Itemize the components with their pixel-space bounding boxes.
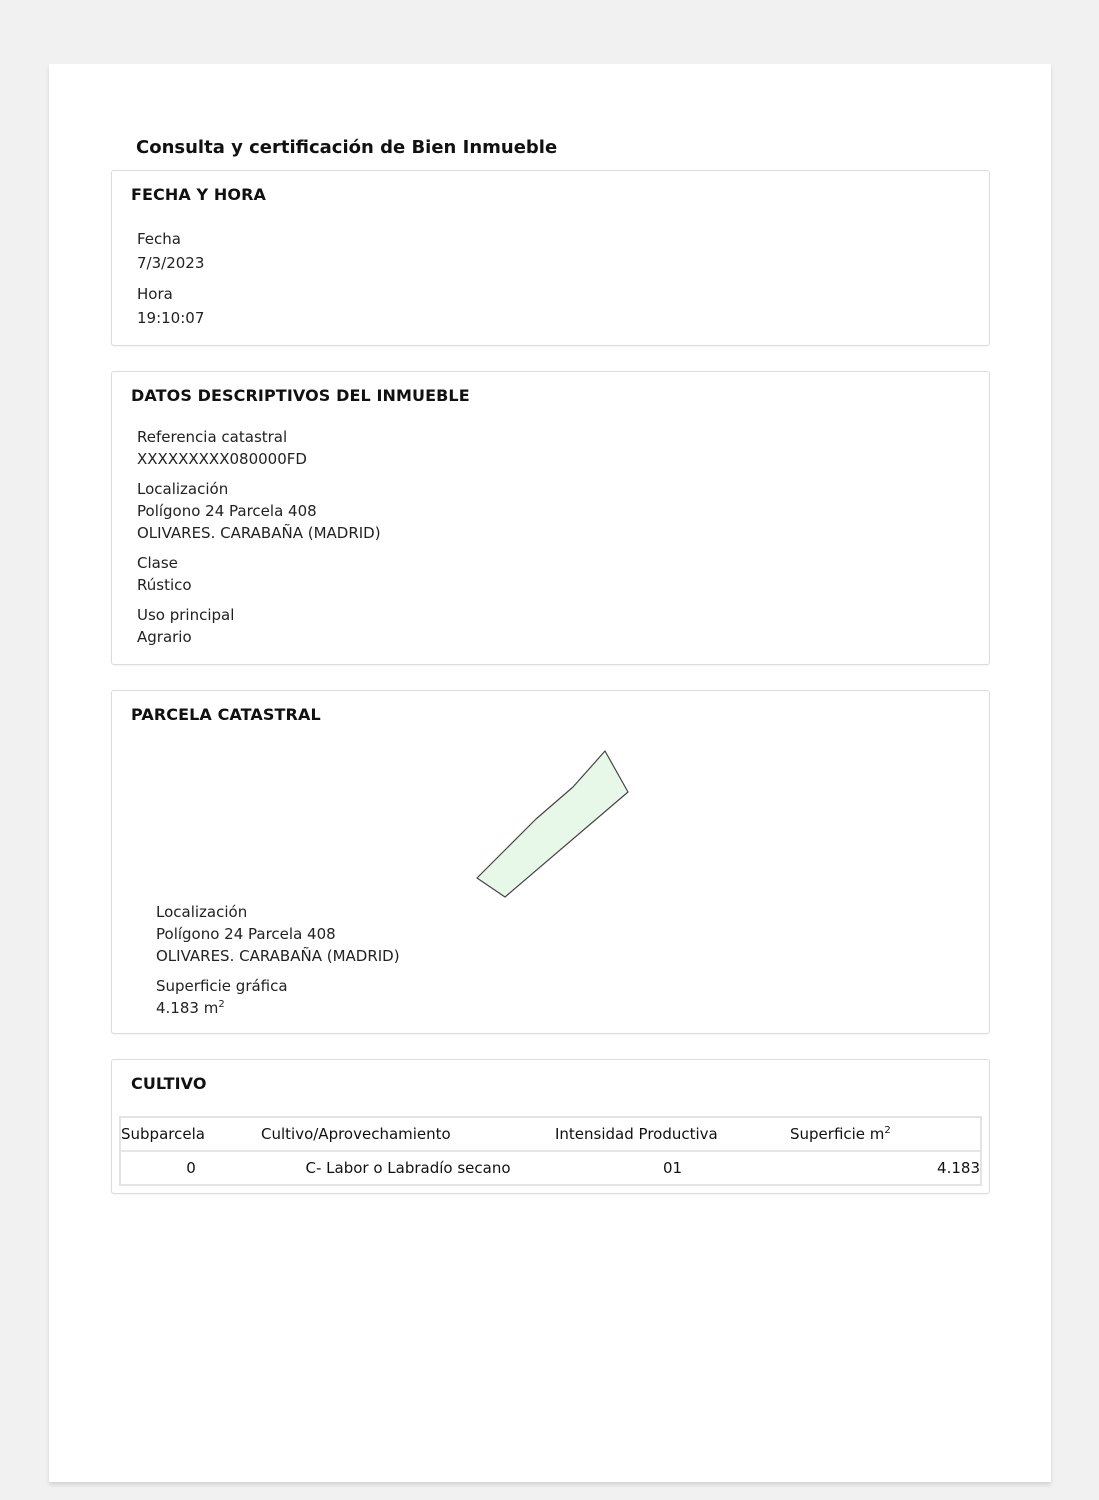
hora-label: Hora bbox=[137, 283, 204, 307]
clase-value: Rústico bbox=[137, 574, 381, 596]
subparcela-cell: 0 bbox=[121, 1152, 261, 1184]
section-heading: DATOS DESCRIPTIVOS DEL INMUEBLE bbox=[131, 386, 470, 405]
superficie-value: 4.183 m2 bbox=[156, 997, 400, 1019]
parcela-catastral-panel: PARCELA CATASTRAL Localización Polígono … bbox=[111, 690, 990, 1034]
column-header: Subparcela bbox=[121, 1118, 261, 1152]
datos-descriptivos-panel: DATOS DESCRIPTIVOS DEL INMUEBLE Referenc… bbox=[111, 371, 990, 665]
column-header: Superficie m2 bbox=[790, 1118, 980, 1152]
page-title: Consulta y certificación de Bien Inmuebl… bbox=[136, 137, 557, 158]
superficie-cell: 4.183 bbox=[790, 1152, 980, 1184]
intensidad-cell: 01 bbox=[555, 1152, 790, 1184]
localizacion-line1: Polígono 24 Parcela 408 bbox=[137, 500, 381, 522]
referencia-label: Referencia catastral bbox=[137, 426, 381, 448]
fecha-hora-panel: FECHA Y HORA Fecha 7/3/2023 Hora 19:10:0… bbox=[111, 170, 990, 346]
referencia-value: XXXXXXXXX080000FD bbox=[137, 448, 381, 470]
fecha-label: Fecha bbox=[137, 228, 204, 252]
table-header-row: Subparcela Cultivo/Aprovechamiento Inten… bbox=[121, 1118, 980, 1152]
cultivo-table: Subparcela Cultivo/Aprovechamiento Inten… bbox=[119, 1116, 982, 1186]
column-header: Cultivo/Aprovechamiento bbox=[261, 1118, 555, 1152]
parcel-polygon-icon bbox=[477, 751, 628, 897]
hora-value: 19:10:07 bbox=[137, 307, 204, 331]
column-header: Intensidad Productiva bbox=[555, 1118, 790, 1152]
cultivo-panel: CULTIVO Subparcela Cultivo/Aprovechamien… bbox=[111, 1059, 990, 1194]
document-page: Consulta y certificación de Bien Inmuebl… bbox=[49, 64, 1051, 1482]
cultivo-cell: C- Labor o Labradío secano bbox=[261, 1152, 555, 1184]
superficie-label: Superficie gráfica bbox=[156, 975, 400, 997]
localizacion-line2: OLIVARES. CARABAÑA (MADRID) bbox=[137, 522, 381, 544]
localizacion-label: Localización bbox=[137, 478, 381, 500]
section-heading: PARCELA CATASTRAL bbox=[131, 705, 321, 724]
table-row: 0 C- Labor o Labradío secano 01 4.183 bbox=[121, 1152, 980, 1184]
parcel-map bbox=[452, 741, 652, 911]
clase-label: Clase bbox=[137, 552, 381, 574]
localizacion-label: Localización bbox=[156, 901, 400, 923]
section-heading: CULTIVO bbox=[131, 1074, 207, 1093]
uso-label: Uso principal bbox=[137, 604, 381, 626]
section-heading: FECHA Y HORA bbox=[131, 185, 266, 204]
localizacion-line1: Polígono 24 Parcela 408 bbox=[156, 923, 400, 945]
localizacion-line2: OLIVARES. CARABAÑA (MADRID) bbox=[156, 945, 400, 967]
uso-value: Agrario bbox=[137, 626, 381, 648]
fecha-value: 7/3/2023 bbox=[137, 252, 204, 276]
